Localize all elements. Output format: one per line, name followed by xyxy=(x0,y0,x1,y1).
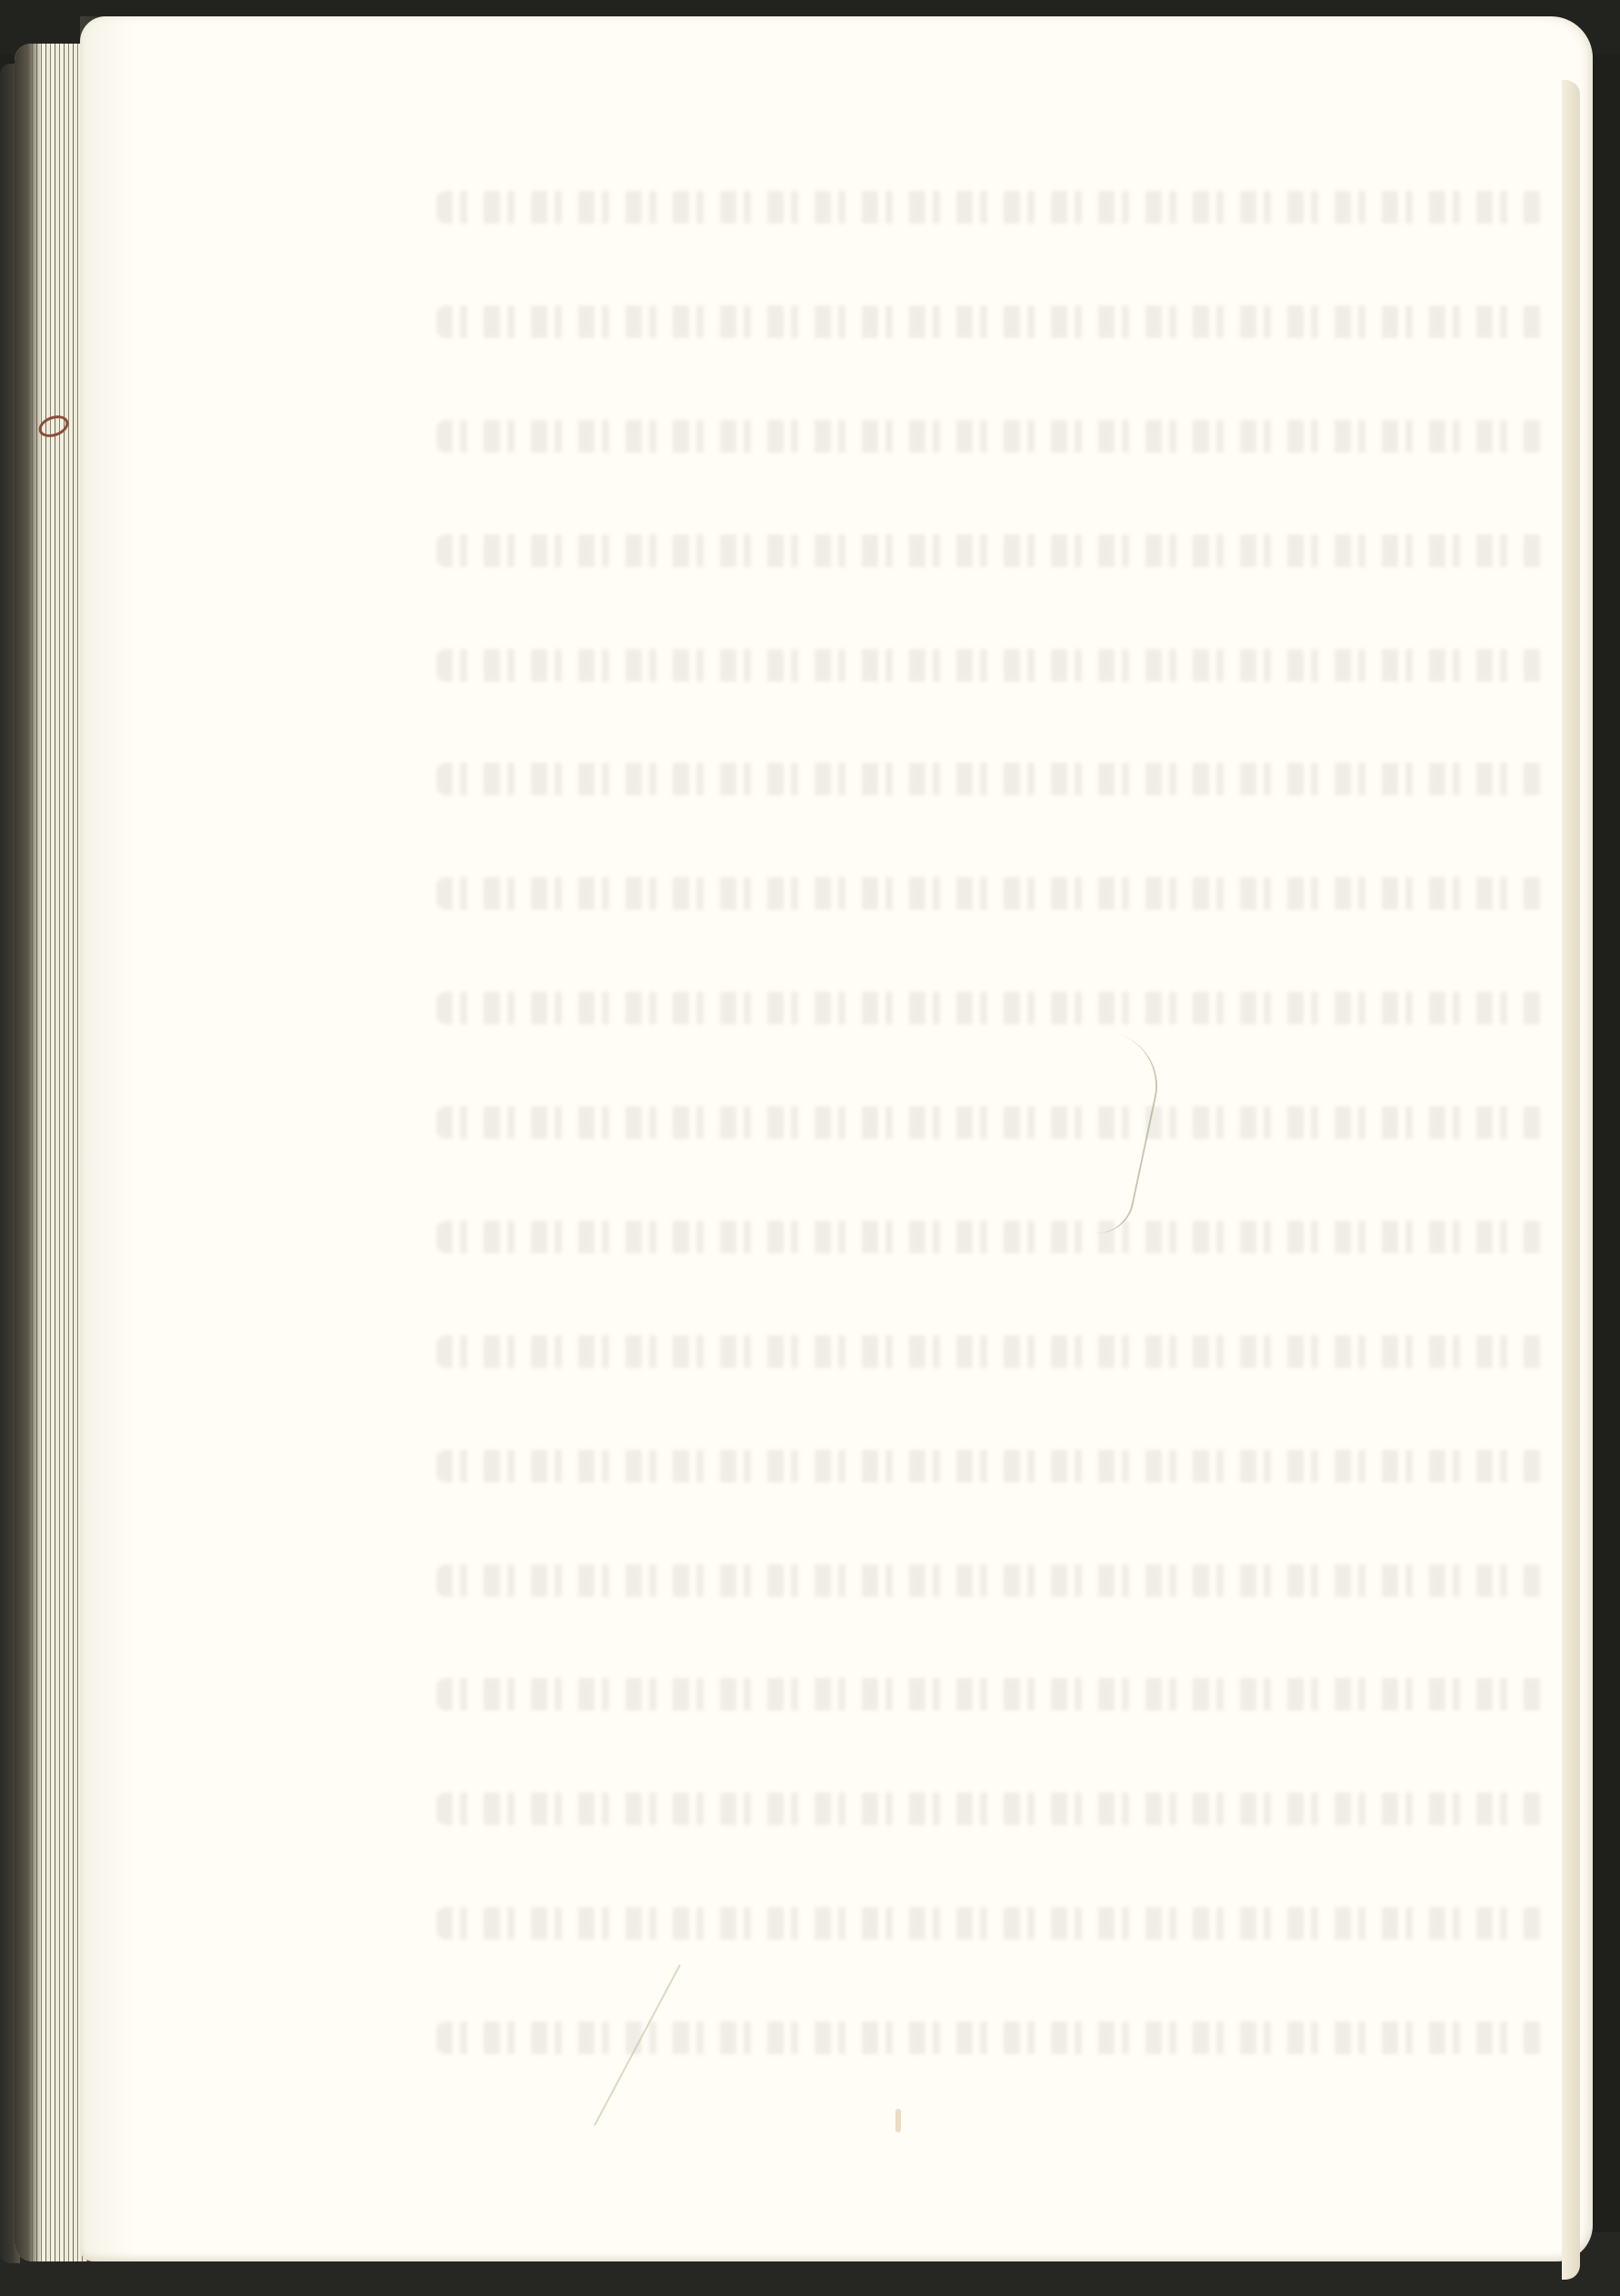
page-stack-edges xyxy=(15,44,87,2261)
scanned-page-image xyxy=(0,0,1620,2296)
paper-stain xyxy=(895,2109,901,2132)
manuscript-page xyxy=(80,16,1593,2261)
page-fore-edge xyxy=(1562,80,1580,2280)
